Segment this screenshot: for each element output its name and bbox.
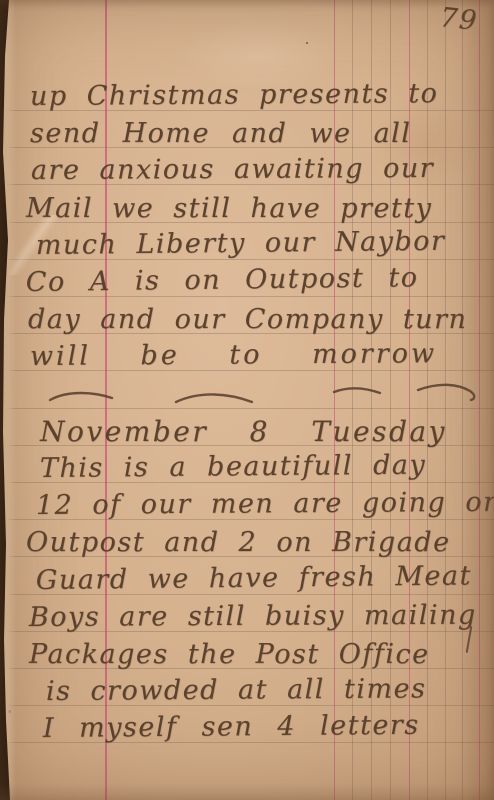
handwritten-line: is crowded at all times <box>46 674 427 707</box>
handwritten-line entry-date: November 8 Tuesday <box>40 417 447 447</box>
handwritten-line: Packages the Post Office <box>29 640 430 670</box>
diary-page-scan: 79 up Christmas presents to send Home an… <box>0 0 494 800</box>
handwritten-line: much Liberty our Naybor <box>36 227 446 261</box>
handwritten-line: send Home and we all <box>30 119 411 149</box>
handwritten-line: Outpost and 2 on Brigade <box>26 528 451 558</box>
page-number: 79 <box>438 2 479 37</box>
handwritten-line: up Christmas presents to <box>30 79 439 112</box>
handwritten-line: Mail we still have pretty <box>26 194 432 224</box>
handwritten-line: Co A is on Outpost to <box>26 263 419 298</box>
entry-separator-flourish <box>0 378 494 418</box>
handwritten-line: will be to morrow <box>30 339 437 372</box>
handwritten-line: 12 of our men are going on <box>36 488 494 521</box>
handwritten-line: This is a beautifull day <box>40 451 427 484</box>
handwritten-line: Boys are still buisy mailing <box>29 601 477 633</box>
handwritten-line: Guard we have fresh Meat <box>36 561 472 596</box>
handwritten-line: I myself sen 4 letters <box>43 711 420 744</box>
ink-speck <box>306 42 308 44</box>
handwritten-line: are anxious awaiting our <box>31 154 434 186</box>
handwritten-line: day and our Company turn <box>28 305 467 335</box>
